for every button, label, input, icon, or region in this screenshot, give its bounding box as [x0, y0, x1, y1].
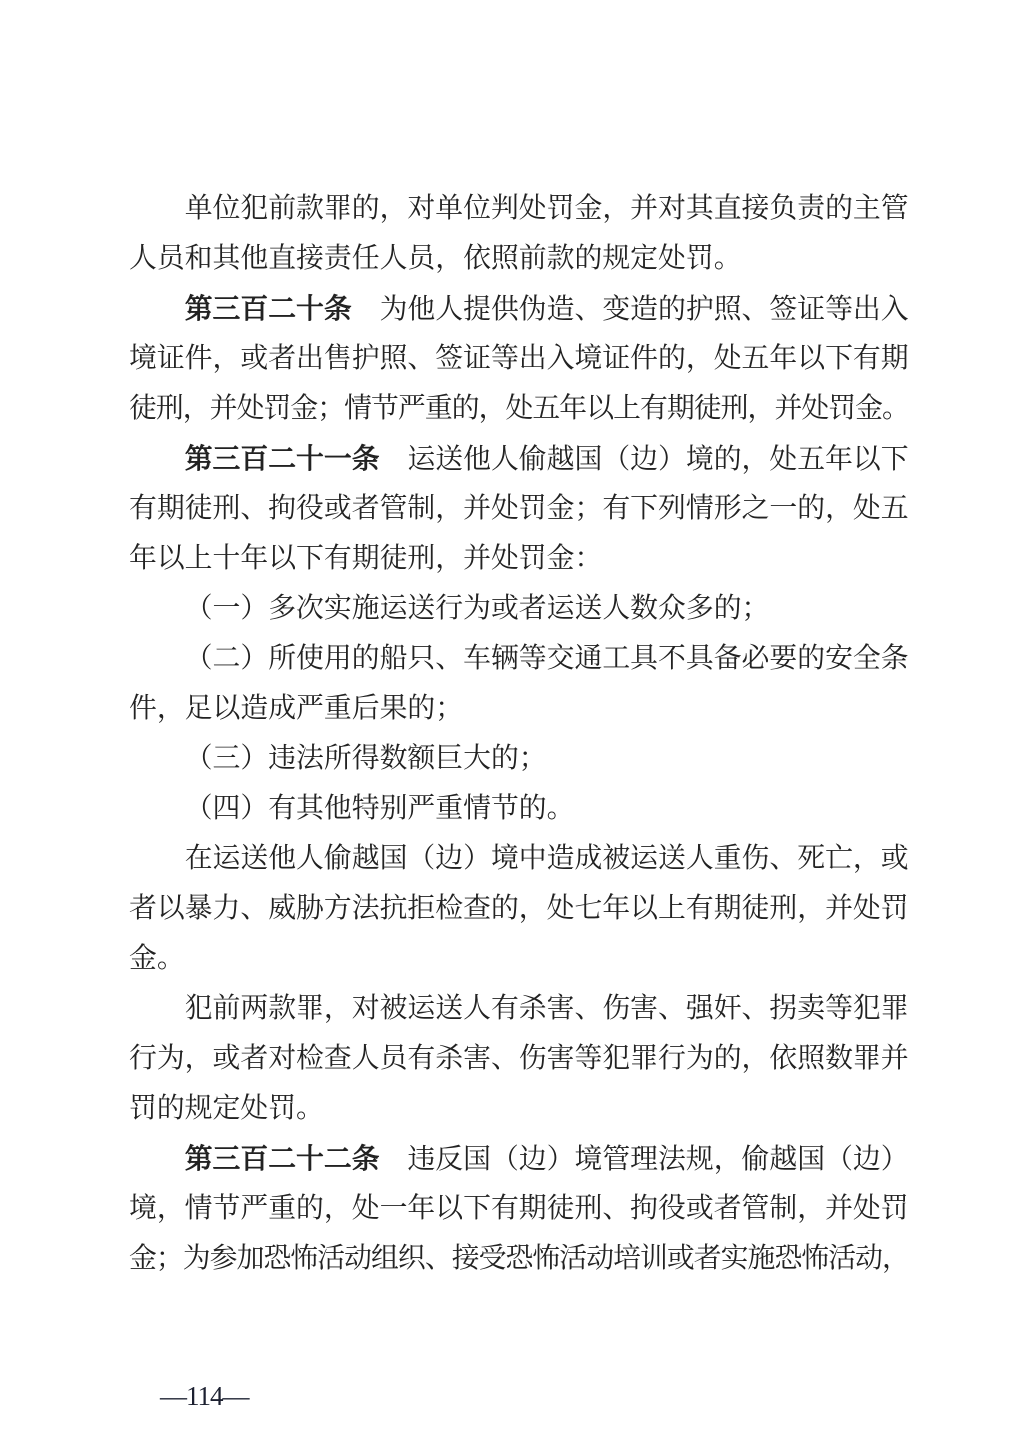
line-text: 为他人提供伪造、变造的护照、签证等出入 [380, 294, 909, 325]
text-line: 者以暴力、威胁方法抗拒检查的，处七年以上有期徒刑，并处罚 [129, 884, 911, 934]
line-text: 者以暴力、威胁方法抗拒检查的，处七年以上有期徒刑，并处罚 [129, 893, 909, 924]
text-line: 金；为参加恐怖活动组织、接受恐怖活动培训或者实施恐怖活动， [129, 1234, 911, 1284]
text-line: （一）多次实施运送行为或者运送人数众多的； [129, 584, 911, 634]
line-text: 金；为参加恐怖活动组织、接受恐怖活动培训或者实施恐怖活动， [129, 1243, 909, 1274]
line-text: 行为，或者对检查人员有杀害、伤害等犯罪行为的，依照数罪并 [129, 1043, 909, 1074]
article-heading-line: 第三百二十条为他人提供伪造、变造的护照、签证等出入 [129, 284, 911, 334]
text-line: 犯前两款罪，对被运送人有杀害、伤害、强奸、拐卖等犯罪 [129, 984, 911, 1034]
article-number: 第三百二十二条 [185, 1143, 380, 1174]
article-heading-line: 第三百二十二条违反国（边）境管理法规，偷越国（边） [129, 1134, 911, 1184]
line-text: 运送他人偷越国（边）境的，处五年以下 [407, 444, 908, 475]
line-text: 犯前两款罪，对被运送人有杀害、伤害、强奸、拐卖等犯罪 [185, 993, 909, 1024]
line-text: 单位犯前款罪的，对单位判处罚金，并对其直接负责的主管 [185, 193, 909, 224]
line-text: 境证件，或者出售护照、签证等出入境证件的，处五年以下有期 [129, 343, 909, 374]
text-line: 年以上十年以下有期徒刑，并处罚金： [129, 534, 911, 584]
article-number: 第三百二十一条 [185, 443, 380, 474]
text-line: 罚的规定处罚。 [129, 1084, 911, 1134]
text-line: 徒刑，并处罚金；情节严重的，处五年以上有期徒刑，并处罚金。 [129, 384, 911, 434]
line-text: 境，情节严重的，处一年以下有期徒刑、拘役或者管制，并处罚 [129, 1193, 909, 1224]
text-line: 有期徒刑、拘役或者管制，并处罚金；有下列情形之一的，处五 [129, 484, 911, 534]
text-line: （二）所使用的船只、车辆等交通工具不具备必要的安全条 [129, 634, 911, 684]
text-line: 境，情节严重的，处一年以下有期徒刑、拘役或者管制，并处罚 [129, 1184, 911, 1234]
line-text: 年以上十年以下有期徒刑，并处罚金： [129, 543, 602, 574]
line-text: 罚的规定处罚。 [129, 1093, 324, 1124]
article-heading-line: 第三百二十一条运送他人偷越国（边）境的，处五年以下 [129, 434, 911, 484]
line-text: （四）有其他特别严重情节的。 [185, 793, 575, 824]
line-text: 违反国（边）境管理法规，偷越国（边） [407, 1144, 908, 1175]
text-line: 人员和其他直接责任人员，依照前款的规定处罚。 [129, 234, 911, 284]
text-line: 境证件，或者出售护照、签证等出入境证件的，处五年以下有期 [129, 334, 911, 384]
line-text: （三）违法所得数额巨大的； [185, 743, 547, 774]
text-line: （三）违法所得数额巨大的； [129, 734, 911, 784]
article-number: 第三百二十条 [185, 293, 352, 324]
text-line: 行为，或者对检查人员有杀害、伤害等犯罪行为的，依照数罪并 [129, 1034, 911, 1084]
text-line: 单位犯前款罪的，对单位判处罚金，并对其直接负责的主管 [129, 184, 911, 234]
line-text: 人员和其他直接责任人员，依照前款的规定处罚。 [129, 243, 742, 274]
line-text: 金。 [129, 943, 185, 974]
page-number: —114— [160, 1381, 249, 1411]
document-page: 单位犯前款罪的，对单位判处罚金，并对其直接负责的主管人员和其他直接责任人员，依照… [0, 0, 1024, 1448]
line-text: （一）多次实施运送行为或者运送人数众多的； [185, 593, 770, 624]
text-line: 在运送他人偷越国（边）境中造成被运送人重伤、死亡，或 [129, 834, 911, 884]
line-text: （二）所使用的船只、车辆等交通工具不具备必要的安全条 [185, 643, 909, 674]
line-text: 件，足以造成严重后果的； [129, 693, 463, 724]
text-line: 金。 [129, 934, 911, 984]
line-text: 有期徒刑、拘役或者管制，并处罚金；有下列情形之一的，处五 [129, 493, 909, 524]
line-text: 徒刑，并处罚金；情节严重的，处五年以上有期徒刑，并处罚金。 [129, 393, 909, 424]
legal-text-block: 单位犯前款罪的，对单位判处罚金，并对其直接负责的主管人员和其他直接责任人员，依照… [129, 184, 911, 1284]
line-text: 在运送他人偷越国（边）境中造成被运送人重伤、死亡，或 [185, 843, 909, 874]
text-line: 件，足以造成严重后果的； [129, 684, 911, 734]
text-line: （四）有其他特别严重情节的。 [129, 784, 911, 834]
